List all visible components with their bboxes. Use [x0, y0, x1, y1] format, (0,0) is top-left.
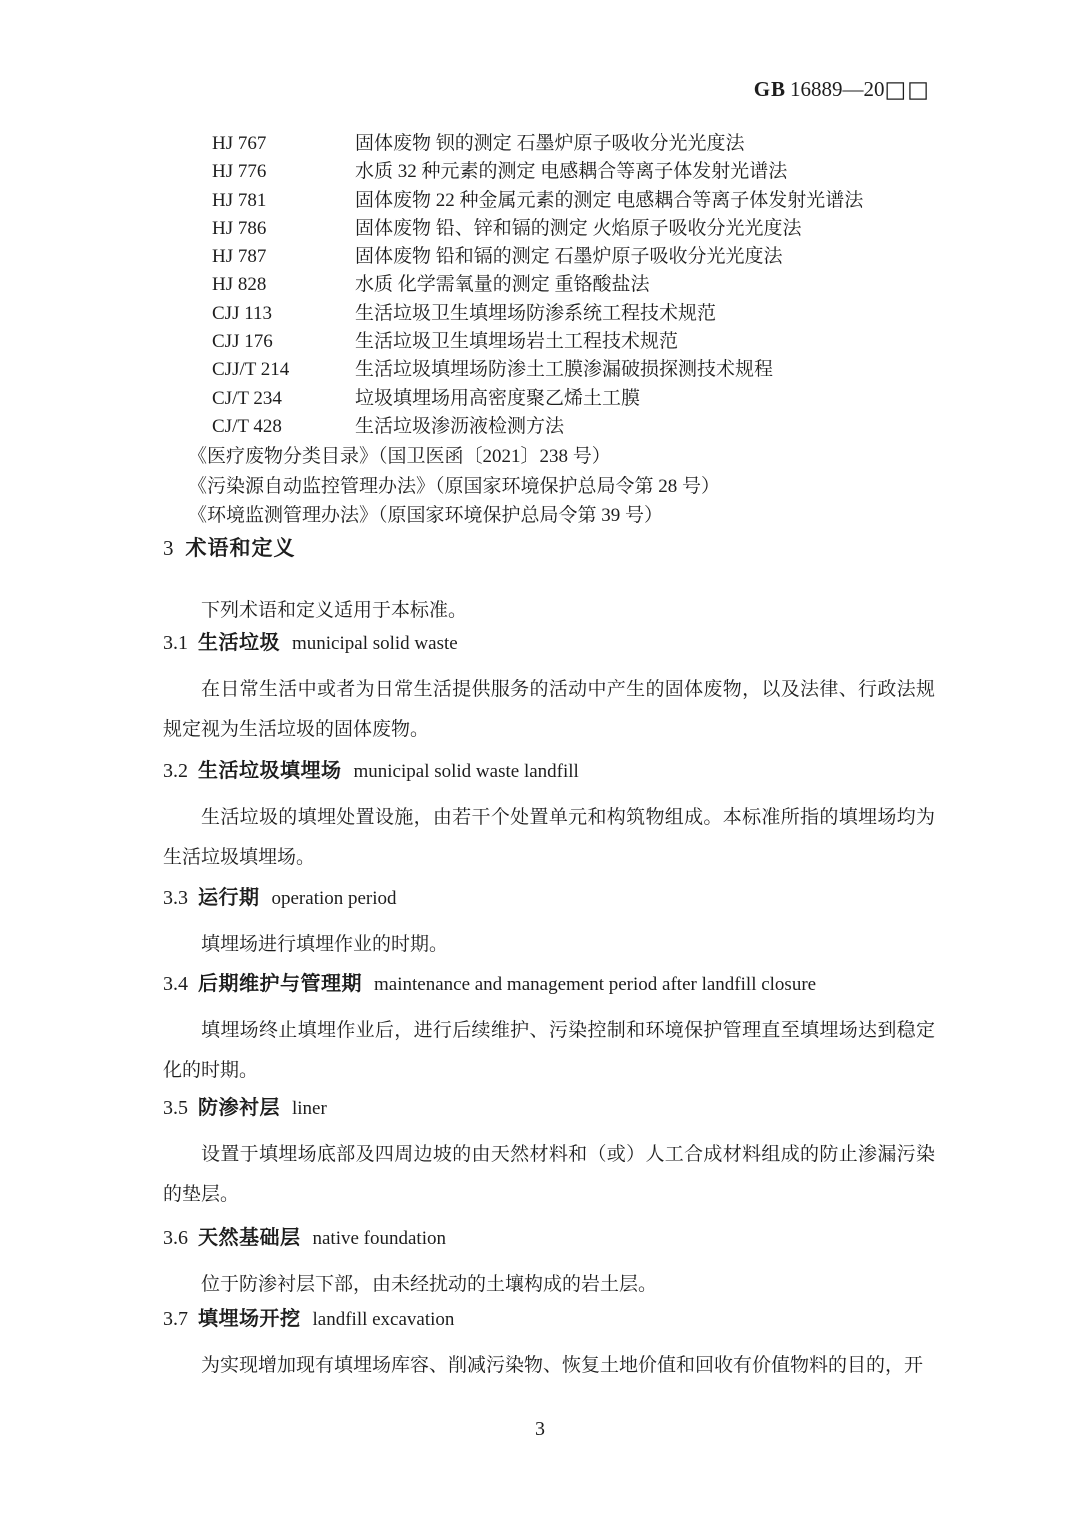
- standard-code: CJ/T 428: [212, 413, 355, 441]
- standard-code: CJJ/T 214: [212, 356, 355, 384]
- standard-title: 固体废物 钡的测定 石墨炉原子吸收分光光度法: [355, 130, 745, 158]
- standard-code: CJJ 176: [212, 328, 355, 356]
- term-number: 3.5: [163, 1097, 188, 1119]
- term-name-en: landfill excavation: [313, 1309, 455, 1330]
- term-block: 3.2生活垃圾填埋场municipal solid waste landfill…: [163, 756, 935, 878]
- term-name-zh: 生活垃圾填埋场: [198, 760, 342, 782]
- standard-title: 固体废物 铅、锌和镉的测定 火焰原子吸收分光光度法: [355, 215, 802, 243]
- term-name-en: native foundation: [313, 1228, 447, 1249]
- standard-code: CJJ 113: [212, 300, 355, 328]
- standard-row: CJ/T 234 垃圾填埋场用高密度聚乙烯土工膜: [212, 385, 863, 413]
- term-number: 3.4: [163, 973, 188, 995]
- term-number: 3.1: [163, 632, 188, 654]
- term-name-zh: 防渗衬层: [198, 1097, 280, 1119]
- standard-code: HJ 786: [212, 215, 355, 243]
- term-heading: 3.2生活垃圾填埋场municipal solid waste landfill: [163, 756, 935, 787]
- document-page: GB16889—20□□ HJ 767 固体废物 钡的测定 石墨炉原子吸收分光光…: [0, 0, 1080, 1527]
- standard-title: 生活垃圾渗沥液检测方法: [355, 413, 564, 441]
- term-heading: 3.6天然基础层native foundation: [163, 1223, 935, 1254]
- term-block: 3.3运行期operation period 填埋场进行填埋作业的时期。: [163, 883, 935, 965]
- term-name-en: maintenance and management period after …: [374, 974, 816, 995]
- standard-code: CJ/T 234: [212, 385, 355, 413]
- term-definition: 设置于填埋场底部及四周边坡的由天然材料和（或）人工合成材料组成的防止渗漏污染的垫…: [163, 1135, 935, 1215]
- standard-title: 水质 化学需氧量的测定 重铬酸盐法: [355, 271, 650, 299]
- standard-row: CJJ/T 214 生活垃圾填埋场防渗土工膜渗漏破损探测技术规程: [212, 356, 863, 384]
- term-name-zh: 后期维护与管理期: [198, 973, 362, 995]
- term-block: 3.7填埋场开挖landfill excavation 为实现增加现有填埋场库容…: [163, 1304, 935, 1386]
- standard-title: 生活垃圾卫生填埋场防渗系统工程技术规范: [355, 300, 716, 328]
- standard-code: HJ 776: [212, 158, 355, 186]
- term-block: 3.6天然基础层native foundation 位于防渗衬层下部，由未经扰动…: [163, 1223, 935, 1305]
- standard-row: HJ 776 水质 32 种元素的测定 电感耦合等离子体发射光谱法: [212, 158, 863, 186]
- term-definition: 填埋场进行填埋作业的时期。: [163, 925, 935, 965]
- term-name-en: municipal solid waste: [292, 633, 458, 654]
- standard-code: HJ 828: [212, 271, 355, 299]
- term-number: 3.7: [163, 1308, 188, 1330]
- term-block: 3.4后期维护与管理期maintenance and management pe…: [163, 969, 935, 1091]
- standard-title: 固体废物 22 种金属元素的测定 电感耦合等离子体发射光谱法: [355, 187, 863, 215]
- standard-row: CJJ 176 生活垃圾卫生填埋场岩土工程技术规范: [212, 328, 863, 356]
- section-intro-paragraph: 下列术语和定义适用于本标准。: [163, 596, 935, 626]
- standard-title: 水质 32 种元素的测定 电感耦合等离子体发射光谱法: [355, 158, 787, 186]
- standard-row: HJ 781 固体废物 22 种金属元素的测定 电感耦合等离子体发射光谱法: [212, 187, 863, 215]
- term-block: 3.1生活垃圾municipal solid waste 在日常生活中或者为日常…: [163, 628, 935, 750]
- standards-list: HJ 767 固体废物 钡的测定 石墨炉原子吸收分光光度法 HJ 776 水质 …: [212, 130, 863, 441]
- term-number: 3.2: [163, 760, 188, 782]
- term-definition: 位于防渗衬层下部，由未经扰动的土壤构成的岩土层。: [163, 1265, 935, 1305]
- term-name-en: liner: [292, 1098, 327, 1119]
- section-number: 3: [163, 536, 174, 560]
- standard-code: HJ 787: [212, 243, 355, 271]
- standard-code-number: 16889—20: [790, 77, 885, 101]
- document-item: 《环境监测管理办法》（原国家环境保护总局令第 39 号）: [188, 501, 720, 531]
- term-name-zh: 天然基础层: [198, 1227, 301, 1249]
- section-title: 术语和定义: [186, 537, 296, 560]
- term-heading: 3.4后期维护与管理期maintenance and management pe…: [163, 969, 935, 1000]
- term-definition: 生活垃圾的填埋处置设施，由若干个处置单元和构筑物组成。本标准所指的填埋场均为生活…: [163, 798, 935, 878]
- document-item: 《医疗废物分类目录》（国卫医函〔2021〕238 号）: [188, 442, 720, 472]
- standard-row: HJ 786 固体废物 铅、锌和镉的测定 火焰原子吸收分光光度法: [212, 215, 863, 243]
- term-number: 3.3: [163, 887, 188, 909]
- standard-code: HJ 781: [212, 187, 355, 215]
- term-name-en: operation period: [272, 888, 397, 909]
- term-name-zh: 生活垃圾: [198, 632, 280, 654]
- term-number: 3.6: [163, 1227, 188, 1249]
- standard-row: CJJ 113 生活垃圾卫生填埋场防渗系统工程技术规范: [212, 300, 863, 328]
- page-header: GB16889—20□□: [754, 76, 930, 103]
- term-heading: 3.3运行期operation period: [163, 883, 935, 914]
- standard-title: 固体废物 铅和镉的测定 石墨炉原子吸收分光光度法: [355, 243, 783, 271]
- term-name-zh: 运行期: [198, 887, 260, 909]
- standard-row: HJ 828 水质 化学需氧量的测定 重铬酸盐法: [212, 271, 863, 299]
- section-heading: 3术语和定义: [163, 534, 296, 563]
- term-heading: 3.1生活垃圾municipal solid waste: [163, 628, 935, 659]
- term-name-zh: 填埋场开挖: [198, 1308, 301, 1330]
- standard-row: CJ/T 428 生活垃圾渗沥液检测方法: [212, 413, 863, 441]
- standard-title: 生活垃圾填埋场防渗土工膜渗漏破损探测技术规程: [355, 356, 773, 384]
- standard-title: 生活垃圾卫生填埋场岩土工程技术规范: [355, 328, 678, 356]
- standard-row: HJ 787 固体废物 铅和镉的测定 石墨炉原子吸收分光光度法: [212, 243, 863, 271]
- year-placeholder-boxes: □□: [885, 77, 930, 103]
- standard-row: HJ 767 固体废物 钡的测定 石墨炉原子吸收分光光度法: [212, 130, 863, 158]
- standard-code: HJ 767: [212, 130, 355, 158]
- document-item: 《污染源自动监控管理办法》（原国家环境保护总局令第 28 号）: [188, 472, 720, 502]
- term-definition: 填埋场终止填埋作业后，进行后续维护、污染控制和环境保护管理直至填埋场达到稳定化的…: [163, 1011, 935, 1091]
- term-heading: 3.5防渗衬层liner: [163, 1093, 935, 1124]
- term-heading: 3.7填埋场开挖landfill excavation: [163, 1304, 935, 1335]
- page-number: 3: [0, 1416, 1080, 1442]
- term-definition: 在日常生活中或者为日常生活提供服务的活动中产生的固体废物，以及法律、行政法规规定…: [163, 670, 935, 750]
- term-name-en: municipal solid waste landfill: [354, 761, 579, 782]
- standard-code-prefix: GB: [754, 77, 786, 101]
- documents-list: 《医疗废物分类目录》（国卫医函〔2021〕238 号） 《污染源自动监控管理办法…: [188, 442, 720, 531]
- term-block: 3.5防渗衬层liner 设置于填埋场底部及四周边坡的由天然材料和（或）人工合成…: [163, 1093, 935, 1215]
- standard-title: 垃圾填埋场用高密度聚乙烯土工膜: [355, 385, 640, 413]
- term-definition: 为实现增加现有填埋场库容、削减污染物、恢复土地价值和回收有价值物料的目的，开: [163, 1346, 935, 1386]
